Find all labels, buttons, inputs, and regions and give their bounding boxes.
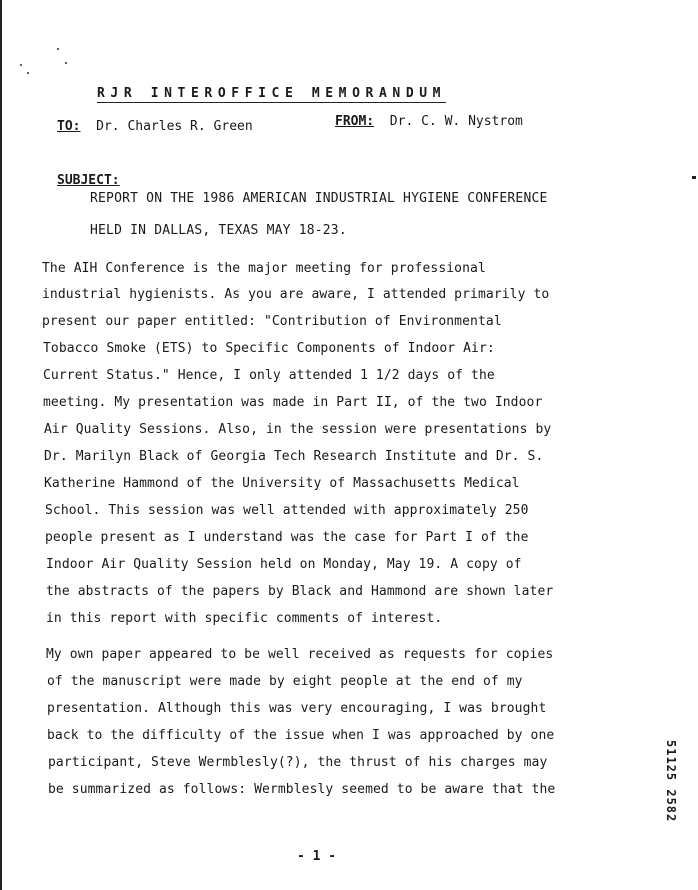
from-label: FROM:	[335, 114, 374, 129]
scan-speck	[20, 64, 22, 66]
text-line: in this report with specific comments of…	[46, 611, 442, 626]
text-line: be summarized as follows: Wermblesly see…	[48, 782, 555, 797]
text-line: My own paper appeared to be well receive…	[46, 647, 553, 662]
scan-edge	[0, 0, 2, 890]
text-line: the abstracts of the papers by Black and…	[46, 584, 553, 599]
to-label: TO:	[57, 119, 80, 134]
text-line: Katherine Hammond of the University of M…	[44, 476, 520, 491]
text-line: The AIH Conference is the major meeting …	[42, 261, 486, 276]
subject-label: SUBJECT:	[57, 173, 120, 188]
to-field: TO: Dr. Charles R. Green	[57, 119, 253, 134]
text-line: participant, Steve Wermblesly(?), the th…	[48, 755, 547, 770]
text-line: people present as I understand was the c…	[45, 530, 529, 545]
scan-speck	[27, 72, 29, 74]
scan-speck	[57, 48, 59, 50]
bates-number: 51125 2582	[664, 740, 678, 822]
scan-mark	[692, 176, 696, 179]
text-line: Air Quality Sessions. Also, in the sessi…	[44, 422, 551, 437]
from-field: FROM: Dr. C. W. Nystrom	[335, 114, 523, 129]
scan-speck	[65, 62, 67, 64]
text-line: Indoor Air Quality Session held on Monda…	[46, 557, 522, 572]
text-line: present our paper entitled: "Contributio…	[42, 314, 502, 329]
text-line: meeting. My presentation was made in Par…	[43, 395, 542, 410]
memo-title: RJR INTEROFFICE MEMORANDUM	[97, 86, 446, 103]
page-number: - 1 -	[297, 849, 336, 864]
text-line: School. This session was well attended w…	[45, 503, 529, 518]
to-value: Dr. Charles R. Green	[96, 119, 253, 134]
text-line: Tobacco Smoke (ETS) to Specific Componen…	[43, 341, 495, 356]
text-line: Current Status." Hence, I only attended …	[43, 368, 495, 383]
text-line: Dr. Marilyn Black of Georgia Tech Resear…	[44, 449, 543, 464]
text-line: back to the difficulty of the issue when…	[47, 728, 554, 743]
subject-line: HELD IN DALLAS, TEXAS MAY 18-23.	[90, 223, 347, 238]
text-line: industrial hygienists. As you are aware,…	[42, 287, 549, 302]
from-value: Dr. C. W. Nystrom	[390, 114, 523, 129]
text-line: of the manuscript were made by eight peo…	[47, 674, 523, 689]
text-line: presentation. Although this was very enc…	[47, 701, 546, 716]
subject-line: REPORT ON THE 1986 AMERICAN INDUSTRIAL H…	[90, 191, 548, 206]
